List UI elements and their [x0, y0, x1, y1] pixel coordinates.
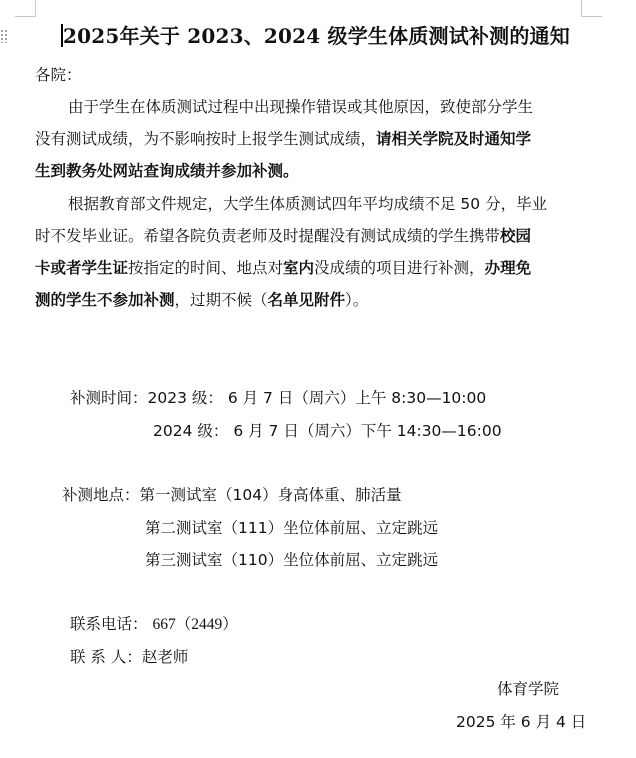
drag-handle-icon[interactable]	[0, 29, 8, 43]
contact-phone-label: 联系电话：	[70, 615, 148, 633]
page-corner-mark-right	[581, 0, 602, 17]
document-title: 2025年关于 2023、2024 级学生体质测试补测的通知	[63, 22, 583, 50]
signature-department: 体育学院	[497, 678, 559, 700]
paragraph2-line2: 时不发毕业证。希望各院负责老师及时提醒没有测试成绩的学生携带校园	[35, 225, 531, 247]
paragraph2-line3-text-b: 没成绩的项目进行补测，	[314, 259, 485, 277]
location-text: 第一测试室（104）身高体重、肺活量	[140, 486, 402, 504]
contact-person: 联 系 人：赵老师	[70, 646, 188, 668]
paragraph1-line2-text: 没有测试成绩，为不影响按时上报学生测试成绩，	[35, 130, 376, 148]
paragraph1-line1: 由于学生在体质测试过程中出现操作错误或其他原因，致使部分学生	[68, 96, 533, 118]
paragraph2-line2-emphasis: 校园	[500, 227, 531, 245]
paragraph2-line4: 测的学生不参加补测，过期不候（名单见附件）。	[35, 289, 368, 311]
signature-date: 2025 年 6 月 4 日	[456, 711, 586, 733]
schedule-grade: 2023 级：	[148, 389, 223, 407]
paragraph1-line2: 没有测试成绩，为不影响按时上报学生测试成绩，请相关学院及时通知学	[35, 128, 531, 150]
paragraph2-line4-emphasis-b: 名单见附件	[268, 291, 346, 309]
location-row-2: 第二测试室（111）坐位体前屈、立定跳远	[145, 517, 438, 539]
paragraph2-line3: 卡或者学生证按指定的时间、地点对室内没成绩的项目进行补测，办理免	[35, 257, 531, 279]
page-corner-mark-left	[15, 0, 36, 17]
contact-phone: 联系电话： 667（2449）	[70, 613, 238, 636]
schedule-row-2023: 补测时间：2023 级： 6 月 7 日（周六）上午 8:30—10:00	[70, 387, 486, 409]
paragraph1-line3-emphasis: 生到教务处网站查询成绩并参加补测。	[35, 160, 299, 182]
paragraph1-line2-emphasis: 请相关学院及时通知学	[376, 130, 531, 148]
paragraph2-line3-emphasis-a: 卡或者学生证	[35, 259, 128, 277]
paragraph2-line2-text: 时不发毕业证。希望各院负责老师及时提醒没有测试成绩的学生携带	[35, 227, 500, 245]
paragraph2-line4-text-b: ）。	[345, 291, 368, 309]
schedule-row-2024: 2024 级： 6 月 7 日（周六）下午 14:30—16:00	[153, 420, 502, 442]
paragraph2-line3-emphasis-c: 办理免	[485, 259, 532, 277]
schedule-label: 补测时间：	[70, 389, 148, 407]
schedule-date: 6 月 7 日（周六）上午 8:30—10:00	[228, 389, 486, 407]
contact-phone-value: 667（2449）	[152, 616, 237, 633]
paragraph2-line1: 根据教育部文件规定，大学生体质测试四年平均成绩不足 50 分，毕业	[68, 193, 547, 215]
location-row-3: 第三测试室（110）坐位体前屈、立定跳远	[145, 549, 438, 571]
contact-person-label: 联 系 人：	[70, 648, 142, 666]
schedule-grade: 2024 级：	[153, 422, 228, 440]
salutation: 各院：	[35, 64, 82, 86]
paragraph2-line4-emphasis-a: 测的学生不参加补测	[35, 291, 175, 309]
location-label: 补测地点：	[62, 486, 140, 504]
paragraph2-line3-text-a: 按指定的时间、地点对	[128, 259, 283, 277]
schedule-date: 6 月 7 日（周六）下午 14:30—16:00	[233, 422, 501, 440]
location-row-1: 补测地点：第一测试室（104）身高体重、肺活量	[62, 484, 402, 506]
contact-person-value: 赵老师	[142, 648, 189, 666]
paragraph2-line4-text-a: ，过期不候（	[175, 291, 268, 309]
paragraph2-line3-emphasis-b: 室内	[283, 259, 314, 277]
